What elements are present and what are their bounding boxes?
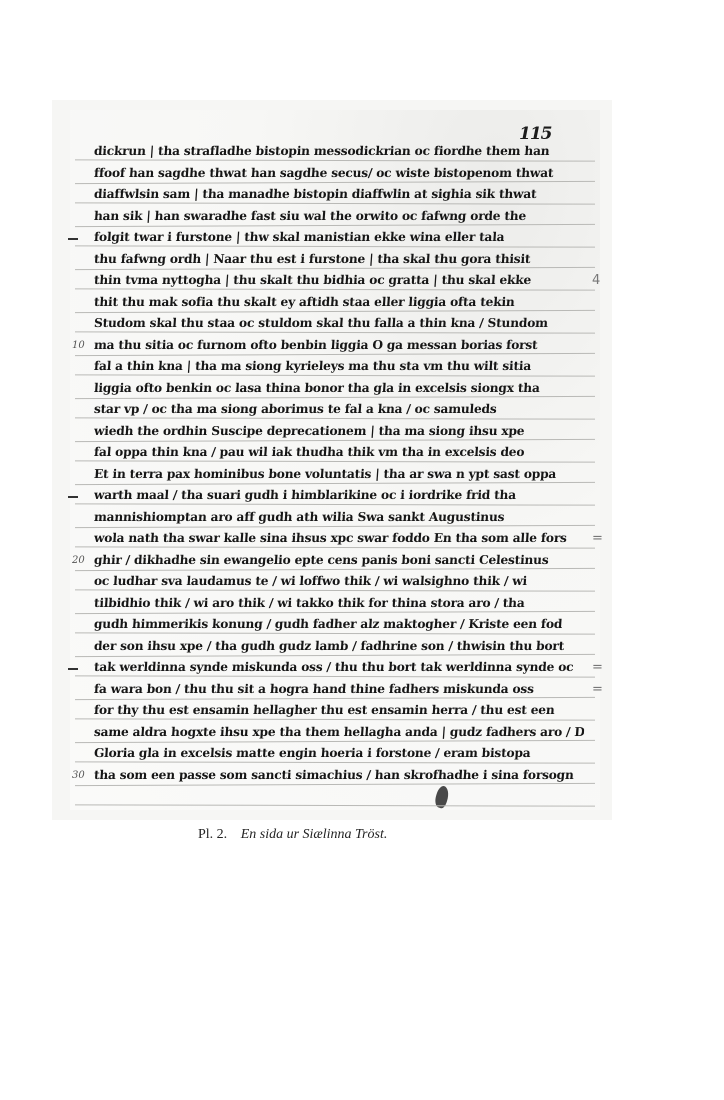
manuscript-line: thu fafwng ordh | Naar thu est i furston… [93, 250, 584, 268]
manuscript-line: ma thu sitia oc furnom ofto benbin liggi… [93, 336, 584, 354]
caption-title: En sida ur Siælinna Tröst. [241, 827, 388, 842]
manuscript-line: tak werldinna synde miskunda oss / thu t… [93, 658, 584, 676]
manuscript-line: wola nath tha swar kalle sina ihsus xpc … [93, 529, 584, 547]
manuscript-line: der son ihsu xpe / tha gudh gudz lamb / … [93, 637, 584, 655]
margin-mark: = [592, 660, 603, 675]
manuscript-line: fal oppa thin kna / pau wil iak thudha t… [93, 443, 584, 461]
margin-mark: 4 [592, 273, 600, 288]
line-number: 20 [72, 555, 85, 566]
margin-dash [68, 238, 78, 240]
manuscript-line: for thy thu est ensamin hellagher thu es… [93, 701, 584, 719]
manuscript-line: liggia ofto benkin oc lasa thina bonor t… [93, 379, 584, 397]
manuscript-line: mannishiomptan aro aff gudh ath wilia Sw… [93, 508, 584, 526]
manuscript-line: ffoof han sagdhe thwat han sagdhe secus/… [93, 164, 584, 182]
plate-caption: Pl. 2. En sida ur Siælinna Tröst. [198, 827, 387, 843]
manuscript-line: ghir / dikhadhe sin ewangelio epte cens … [93, 551, 584, 569]
manuscript-line: oc ludhar sva laudamus te / wi loffwo th… [93, 572, 584, 590]
manuscript-line: thit thu mak sofia thu skalt ey aftidh s… [93, 293, 584, 311]
plate-label: Pl. 2. [198, 827, 227, 842]
folio-number: 115 [519, 124, 552, 144]
line-number: 10 [72, 340, 85, 351]
manuscript-line: fal a thin kna | tha ma siong kyrieleys … [93, 357, 584, 375]
margin-mark: = [592, 531, 603, 546]
manuscript-line: gudh himmerikis konung / gudh fadher alz… [93, 615, 584, 633]
manuscript-line: Et in terra pax hominibus bone voluntati… [93, 465, 584, 483]
manuscript-line: tha som een passe som sancti simachius /… [93, 766, 584, 784]
manuscript-line: dickrun | tha strafladhe bistopin messod… [93, 142, 584, 160]
manuscript-line: star vp / oc tha ma siong aborimus te fa… [93, 400, 584, 418]
manuscript-line: Gloria gla in excelsis matte engin hoeri… [93, 744, 584, 762]
margin-mark: = [592, 682, 603, 697]
manuscript-line: warth maal / tha suari gudh i himblariki… [93, 486, 584, 504]
manuscript-line: wiedh the ordhin Suscipe deprecationem |… [93, 422, 584, 440]
manuscript-line: fa wara bon / thu thu sit a hogra hand t… [93, 680, 584, 698]
margin-dash [68, 668, 78, 670]
line-number: 30 [72, 770, 85, 781]
manuscript-line: Studom skal thu staa oc stuldom skal thu… [93, 314, 584, 332]
manuscript-line: tilbidhio thik / wi aro thik / wi takko … [93, 594, 584, 612]
manuscript-line: han sik | han swaradhe fast siu wal the … [93, 207, 584, 225]
margin-dash [68, 496, 78, 498]
manuscript-line: diaffwlsin sam | tha manadhe bistopin di… [93, 185, 584, 203]
manuscript-line: folgit twar i furstone | thw skal manist… [93, 228, 584, 246]
manuscript-line: same aldra hogxte ihsu xpe tha them hell… [93, 723, 584, 741]
manuscript-line: thin tvma nyttogha | thu skalt thu bidhi… [93, 271, 584, 289]
